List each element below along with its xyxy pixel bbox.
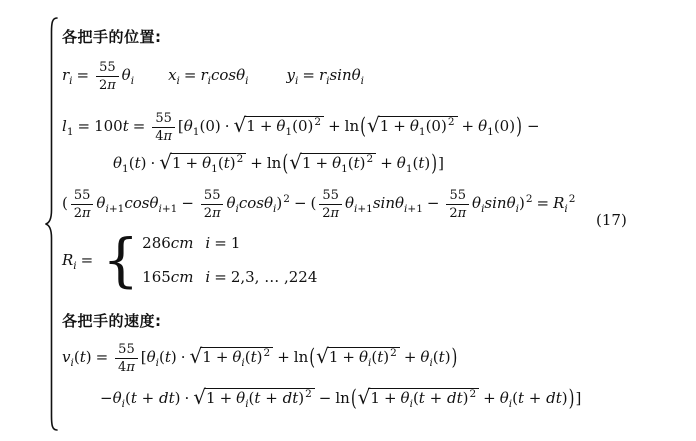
- math-o: =: [78, 117, 91, 135]
- math-n: ): [519, 194, 525, 212]
- math-f: 552π: [319, 188, 342, 220]
- math-v: θ: [202, 154, 211, 172]
- math-sb: i: [208, 75, 211, 87]
- math-o: =: [214, 268, 227, 286]
- math-v: R: [62, 251, 73, 269]
- math-o: +: [260, 117, 273, 135]
- math-f: 552π: [96, 60, 119, 92]
- math-bp: (: [351, 368, 357, 428]
- math-sb: i: [177, 75, 180, 87]
- math-v: θ: [472, 194, 481, 212]
- math-o: +: [393, 117, 406, 135]
- math-n: (: [311, 194, 317, 212]
- math-sp: 2: [264, 347, 271, 359]
- math-n: 1: [370, 389, 380, 407]
- math-o: −: [181, 194, 194, 212]
- math-sp: 2: [237, 153, 244, 165]
- math-o: =: [133, 117, 146, 135]
- math-sb: 1: [122, 163, 129, 175]
- math-o: ·: [225, 117, 230, 135]
- math-bp: ): [516, 96, 522, 156]
- math-n: 1: [206, 389, 216, 407]
- radius-case-2: 165cmi=2,3, … ,224: [142, 267, 317, 287]
- document-page: 各把手的位置: ri=552πθixi=ricosθiyi=risinθi l1…: [0, 0, 696, 441]
- math-o: +: [220, 389, 233, 407]
- math-n: ln: [345, 117, 359, 135]
- system-left-brace: [44, 16, 58, 432]
- math-sb: i: [295, 75, 298, 87]
- math-sb: i: [241, 357, 244, 369]
- radical-icon: √: [289, 150, 302, 174]
- math-v: θ: [184, 117, 193, 135]
- math-o: =: [537, 194, 550, 212]
- math-sp: 2: [283, 193, 290, 205]
- math-o: +: [483, 389, 496, 407]
- math-n: 1: [172, 154, 182, 172]
- math-q: √1+θi(t)2: [316, 335, 400, 377]
- math-v: θ: [397, 154, 406, 172]
- math-q: √1+θi(t + dt)2: [358, 376, 479, 418]
- equation-handle-positions: ri=552πθixi=ricosθiyi=risinθi: [62, 55, 364, 95]
- math-v: cosθ: [239, 194, 273, 212]
- math-o: =: [184, 66, 197, 84]
- radical-icon: √: [234, 113, 247, 137]
- math-o: ·: [185, 389, 190, 407]
- math-sb: i: [156, 357, 159, 369]
- equation-number: (17): [596, 211, 627, 229]
- math-v: θ: [226, 194, 235, 212]
- math-m: (t): [413, 154, 431, 172]
- math-o: +: [384, 389, 397, 407]
- math-sb: 1: [341, 163, 348, 175]
- math-sp: 2: [448, 116, 455, 128]
- math-bp: ): [569, 368, 575, 428]
- math-sb: 1: [419, 126, 426, 138]
- math-sb: i: [368, 357, 371, 369]
- math-sb: 1: [193, 126, 200, 138]
- math-n: 1: [231, 234, 241, 252]
- math-sb: i: [326, 75, 329, 87]
- math-sp: 2: [526, 193, 533, 205]
- math-m: 100t: [94, 117, 129, 135]
- math-sp: 2: [469, 388, 476, 400]
- math-n: 1: [380, 117, 390, 135]
- math-m: (t): [218, 154, 236, 172]
- math-sb: i: [516, 203, 519, 215]
- math-o: =: [96, 348, 109, 366]
- math-sb: i: [245, 398, 248, 410]
- equation-radius-cases: Ri= { 286cmi=1 165cmi=2,3, … ,224: [62, 230, 317, 290]
- math-v: θ: [478, 117, 487, 135]
- math-v: θ: [332, 154, 341, 172]
- math-sp: 2: [390, 347, 397, 359]
- math-f: 552π: [201, 188, 224, 220]
- math-o: +: [315, 154, 328, 172]
- math-m: (t): [159, 348, 177, 366]
- math-o: +: [342, 348, 355, 366]
- math-sp: 2: [314, 116, 321, 128]
- radius-lhs: Ri=: [62, 251, 97, 269]
- math-sp: 2: [305, 388, 312, 400]
- math-v: θ: [122, 66, 131, 84]
- math-f: 552π: [446, 188, 469, 220]
- math-m: (t): [245, 348, 263, 366]
- math-o: =: [302, 66, 315, 84]
- math-o: +: [216, 348, 229, 366]
- equation-velocity-line1: vi(t)=554π[θi(t)·√1+θi(t)2+ln(√1+θi(t)2+…: [62, 335, 458, 375]
- equation-arc-length-line2: θ1(t)·√1+θ1(t)2+ln(√1+θ1(t)2+θ1(t))]: [113, 141, 444, 181]
- math-v: θ: [113, 389, 122, 407]
- math-m: 165cm: [142, 268, 193, 286]
- math-sb: i: [564, 203, 567, 215]
- math-n: ): [276, 194, 282, 212]
- math-o: =: [81, 251, 94, 269]
- math-sb: i+1: [404, 203, 423, 215]
- math-sb: 1: [406, 163, 413, 175]
- math-n: −: [100, 389, 113, 407]
- math-sb: i: [245, 75, 248, 87]
- math-v: θ: [147, 348, 156, 366]
- math-o: +: [186, 154, 199, 172]
- radical-icon: √: [190, 344, 203, 368]
- math-o: +: [462, 117, 475, 135]
- math-q: √1+θ1(t)2: [289, 141, 376, 183]
- math-v: sinθ: [373, 194, 404, 212]
- math-n: ]: [576, 389, 582, 407]
- math-m: (t): [433, 348, 451, 366]
- equation-chord-constraint: (552πθi+1cosθi+1−552πθicosθi)2−(552πθi+1…: [62, 183, 575, 223]
- math-n: 1: [329, 348, 339, 366]
- math-v: θ: [113, 154, 122, 172]
- math-v: R: [553, 194, 564, 212]
- math-v: θ: [410, 117, 419, 135]
- math-sb: 1: [487, 126, 494, 138]
- math-q: √1+θ1(0)2: [367, 104, 458, 146]
- math-m: (t): [129, 154, 147, 172]
- math-sb: i+1: [354, 203, 373, 215]
- math-m: (0): [494, 117, 515, 135]
- math-f: 554π: [115, 342, 138, 374]
- math-f: 552π: [71, 188, 94, 220]
- math-n: 1: [302, 154, 312, 172]
- math-o: =: [77, 66, 90, 84]
- math-q: √1+θi(t + dt)2: [193, 376, 314, 418]
- math-sb: i: [481, 203, 484, 215]
- math-v: i: [205, 268, 210, 286]
- math-n: ln: [294, 348, 308, 366]
- math-v: cosθ: [124, 194, 158, 212]
- math-m: 286cm: [142, 234, 193, 252]
- math-v: r: [200, 66, 207, 84]
- math-sb: i+1: [105, 203, 124, 215]
- radius-case-1: 286cmi=1: [142, 233, 317, 253]
- math-sb: 1: [211, 163, 218, 175]
- equation-velocity-line2: −θi(t + dt)·√1+θi(t + dt)2−ln(√1+θi(t + …: [100, 376, 581, 416]
- math-o: −: [319, 389, 332, 407]
- math-m: (t): [74, 348, 92, 366]
- math-o: −: [527, 117, 540, 135]
- heading-handle-velocity: 各把手的速度:: [62, 311, 162, 331]
- math-q: √1+θ1(t)2: [159, 141, 246, 183]
- math-sb: 1: [67, 126, 74, 138]
- radical-icon: √: [193, 385, 206, 409]
- math-v: θ: [345, 194, 354, 212]
- math-sb: i: [70, 357, 73, 369]
- math-n: ]: [438, 154, 444, 172]
- math-m: (t + dt): [512, 389, 568, 407]
- math-o: ·: [181, 348, 186, 366]
- math-v: sinθ: [484, 194, 515, 212]
- math-o: +: [277, 348, 290, 366]
- math-sb: i: [69, 75, 72, 87]
- math-o: +: [404, 348, 417, 366]
- radical-icon: √: [159, 150, 172, 174]
- radical-icon: √: [358, 385, 371, 409]
- math-sb: i: [509, 398, 512, 410]
- math-sb: i: [236, 203, 239, 215]
- math-v: cosθ: [211, 66, 245, 84]
- math-m: (t): [371, 348, 389, 366]
- radical-icon: √: [316, 344, 329, 368]
- math-v: θ: [359, 348, 368, 366]
- math-v: θ: [236, 389, 245, 407]
- math-sb: i: [361, 75, 364, 87]
- math-sb: i: [122, 398, 125, 410]
- math-v: θ: [401, 389, 410, 407]
- math-sb: i+1: [158, 203, 177, 215]
- cases-brace-glyph: {: [102, 231, 139, 289]
- math-v: sinθ: [329, 66, 360, 84]
- math-m: (t): [348, 154, 366, 172]
- math-n: ln: [267, 154, 281, 172]
- math-o: −: [427, 194, 440, 212]
- math-sp: 2: [569, 193, 576, 205]
- math-sp: 2: [367, 153, 374, 165]
- math-q: √1+θi(t)2: [190, 335, 274, 377]
- radical-icon: √: [367, 113, 380, 137]
- math-m: (t + dt): [125, 389, 181, 407]
- heading-handle-positions: 各把手的位置:: [62, 27, 162, 47]
- math-v: i: [205, 234, 210, 252]
- math-f: 554π: [152, 111, 175, 143]
- equation-arc-length-line1: l1=100t=554π[θ1(0)·√1+θ1(0)2+ln(√1+θ1(0)…: [62, 104, 544, 144]
- math-n: (: [62, 194, 68, 212]
- math-v: θ: [500, 389, 509, 407]
- math-sb: i: [410, 398, 413, 410]
- math-sb: i: [429, 357, 432, 369]
- math-o: ·: [150, 154, 155, 172]
- math-q: √1+θ1(0)2: [234, 104, 325, 146]
- math-m: (t + dt): [249, 389, 305, 407]
- math-n: 1: [246, 117, 256, 135]
- math-v: y: [287, 66, 295, 84]
- math-n: ln: [335, 389, 349, 407]
- math-v: x: [168, 66, 176, 84]
- math-o: +: [380, 154, 393, 172]
- math-o: +: [328, 117, 341, 135]
- math-sb: i: [73, 260, 76, 272]
- math-m: (0): [292, 117, 313, 135]
- math-o: =: [214, 234, 227, 252]
- math-n: 2,3, … ,224: [231, 268, 318, 286]
- math-sb: i: [131, 75, 134, 87]
- math-m: (t + dt): [413, 389, 469, 407]
- math-o: −: [294, 194, 307, 212]
- math-o: +: [250, 154, 263, 172]
- radius-cases-rows: 286cmi=1 165cmi=2,3, … ,224: [142, 233, 317, 287]
- math-sb: i: [273, 203, 276, 215]
- math-n: 1: [202, 348, 212, 366]
- math-m: (0): [199, 117, 220, 135]
